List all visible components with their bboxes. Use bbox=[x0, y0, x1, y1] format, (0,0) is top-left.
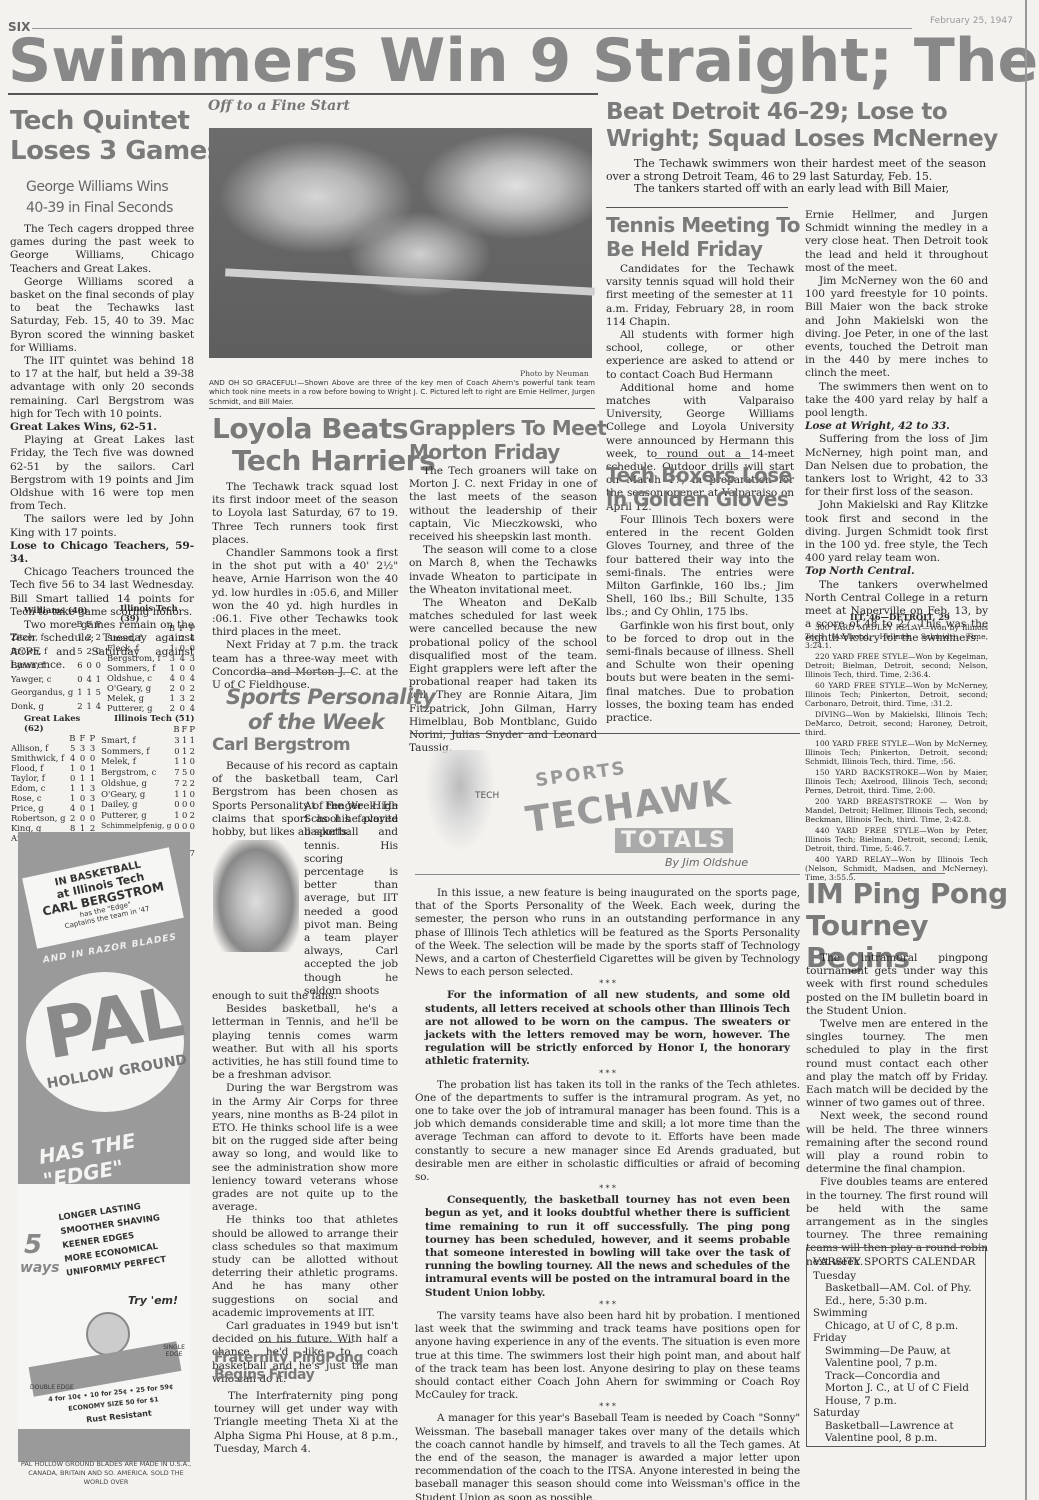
swimming-body: Ernie Hellmer, and Jurgen Schmidt winnin… bbox=[805, 209, 988, 645]
column-paragraph: A manager for this year's Baseball Team … bbox=[415, 1412, 800, 1500]
frat-body: The Interfraternity ping pong tourney wi… bbox=[214, 1390, 398, 1456]
im-headline-1: IM Ping Pong bbox=[806, 878, 1008, 910]
photo-rule bbox=[209, 408, 595, 409]
basketball-headline-1: Tech Quintet bbox=[10, 106, 189, 136]
ad-rust: Rust Resistant bbox=[86, 1409, 152, 1425]
calendar-event: Basketball—AM. Col. of Phy. Ed., here, 5… bbox=[813, 1283, 979, 1308]
team-title: Illinois Tech (39) bbox=[106, 603, 196, 623]
result-line: 300 YARD MEDLEY RELAY—Won by Illinois Te… bbox=[805, 623, 988, 650]
table-row: Melek, f110 bbox=[100, 756, 196, 767]
personality-body: enough to suit the fans. Besides basketb… bbox=[212, 990, 398, 1386]
photo-credit: Photo by Neuman bbox=[520, 369, 589, 378]
personality-beside-photo: At Fenger High School he played basketba… bbox=[304, 800, 398, 998]
ad-ways-word: ways bbox=[20, 1260, 59, 1276]
table-row: Fleck, f100 bbox=[106, 643, 196, 653]
tennis-headline-2: Be Held Friday bbox=[606, 237, 763, 261]
table-row: Oldshue, g722 bbox=[100, 777, 196, 788]
column-paragraph: The varsity teams have also been hard hi… bbox=[415, 1310, 800, 1402]
track-headline-2: Tech Harriers bbox=[232, 446, 435, 476]
wrestling-headline-1: Grapplers To Meet bbox=[409, 416, 606, 440]
table-row: O'Geary, g110 bbox=[100, 788, 196, 799]
result-line: 60 YARD FREE STYLE—Won by McNerney, Illi… bbox=[805, 681, 988, 708]
ad-tagline: HAS THE "EDGE" bbox=[37, 1119, 190, 1192]
calendar-title: VARSITY SPORTS CALENDAR bbox=[813, 1256, 979, 1269]
table-row: Zitzer, f122 bbox=[10, 631, 102, 645]
result-line: 150 YARD BACKSTROKE—Won by Maier, Illino… bbox=[805, 768, 988, 795]
table-row: O'Geary, g202 bbox=[106, 683, 196, 693]
table-row: Putterer, g102 bbox=[100, 810, 196, 821]
team-title: Great Lakes (62) bbox=[10, 713, 96, 733]
table-row: Yawger, c041 bbox=[10, 672, 102, 686]
calendar-event: Basketball—Lawrence at Valentine pool, 8… bbox=[813, 1421, 979, 1446]
table-row: Sommers, f100 bbox=[106, 663, 196, 673]
column-paragraph: The probation list has taken its toll in… bbox=[415, 1079, 800, 1185]
paragraph: Chandler Sammons took a first in the sho… bbox=[212, 547, 398, 639]
page-edge bbox=[1025, 0, 1027, 1500]
ad-ways-card: 5 ways LONGER LASTING SMOOTHER SHAVING K… bbox=[18, 1184, 190, 1429]
divider bbox=[850, 873, 945, 874]
tennis-rule bbox=[606, 207, 788, 208]
table-row: Putterer, g204 bbox=[106, 703, 196, 713]
table-row: Donk, g214 bbox=[10, 699, 102, 713]
ad-footer-caption: PAL HOLLOW GROUND BLADES ARE MADE IN U.S… bbox=[16, 1460, 196, 1487]
divider bbox=[255, 672, 355, 673]
table-row: Rose, c103 bbox=[10, 793, 96, 803]
table-row: Robertson, g200 bbox=[10, 813, 96, 823]
swimmers-photo bbox=[209, 128, 592, 358]
result-line: 440 YARD FREE STYLE—Won by Peter, Illino… bbox=[805, 826, 988, 853]
track-headline-1: Loyola Beats bbox=[212, 414, 408, 444]
frat-headline-2: Begins Friday bbox=[214, 1367, 314, 1384]
banner-headline: Swimmers Win 9 Straight; Then Lose bbox=[8, 30, 1039, 92]
tennis-headline-1: Tennis Meeting To bbox=[606, 213, 800, 237]
logo-totals: TOTALS bbox=[615, 828, 733, 853]
separator: * * * bbox=[415, 1402, 800, 1412]
calendar-day: Friday bbox=[813, 1333, 979, 1346]
result-line: DIVING—Won by Makielski, Illinois Tech; … bbox=[805, 710, 988, 737]
swimming-results: 300 YARD MEDLEY RELAY—Won by Illinois Te… bbox=[805, 623, 988, 884]
result-line: 100 YARD FREE STYLE—Won by McNerney, Ill… bbox=[805, 739, 988, 766]
ad-basketball-card: IN BASKETBALL at Illinois Tech CARL BERG… bbox=[22, 847, 184, 949]
separator: * * * bbox=[415, 1300, 800, 1310]
techawk-totals-logo: TECH SPORTS TECHAWK TOTALS By Jim Oldshu… bbox=[415, 750, 800, 875]
paragraph: The Techawk track squad lost its first i… bbox=[212, 481, 398, 547]
table-row: Smart, f311 bbox=[100, 734, 196, 745]
basketball-subhead-2: 40-39 in Final Seconds bbox=[26, 198, 173, 218]
side-letters: TECH bbox=[475, 790, 483, 802]
table-row: Smithwick, f400 bbox=[10, 753, 96, 763]
frat-headline-1: Fraternity PingPong bbox=[214, 1350, 363, 1367]
column-paragraph: In this issue, a new feature is being in… bbox=[415, 887, 800, 979]
bergstrom-headshot bbox=[213, 840, 299, 952]
box-score-williams: Williams (40) BFP Zitzer, f122 Brown, f5… bbox=[10, 603, 196, 713]
ad-ways-list: LONGER LASTING SMOOTHER SHAVING KEENER E… bbox=[58, 1197, 167, 1280]
paragraph: The Tech groaners will take on Morton J.… bbox=[409, 465, 597, 544]
table-row: Flood, f101 bbox=[10, 763, 96, 773]
basketball-headline-2: Loses 3 Games bbox=[10, 136, 222, 166]
paragraph: The IIT quintet was behind 18 to 17 at t… bbox=[10, 355, 194, 421]
ad-double-edge: DOUBLE EDGE bbox=[30, 1384, 74, 1391]
boxing-headline-1: Tech Boxers Lose bbox=[606, 463, 792, 487]
ad-ways-number: 5 bbox=[24, 1230, 42, 1260]
ad-single-edge: SINGLE EDGE bbox=[158, 1344, 190, 1358]
divider bbox=[655, 458, 750, 459]
paragraph: The Tech cagers dropped three games duri… bbox=[10, 223, 194, 276]
table-row: Schimmelpfenig, g000 bbox=[100, 820, 196, 831]
calendar-day: Saturday bbox=[813, 1408, 979, 1421]
table-row: Georgandus, g115 bbox=[10, 686, 102, 700]
calendar-event: Chicago, at U of C, 8 p.m. bbox=[813, 1321, 979, 1334]
subhead: Lose to Chicago Teachers, 59-34. bbox=[10, 540, 194, 566]
personality-headline-2: of the Week bbox=[248, 710, 384, 734]
swimming-lead: The Techawk swimmers won their hardest m… bbox=[606, 158, 986, 196]
basketball-subhead-1: George Williams Wins bbox=[26, 177, 168, 197]
table-row: Byron, f600 bbox=[10, 658, 102, 672]
table-row: Price, g401 bbox=[10, 803, 96, 813]
separator: * * * bbox=[415, 1184, 800, 1194]
paragraph: The sailors were led by John King with 1… bbox=[10, 513, 194, 539]
subhead: Great Lakes Wins, 62-51. bbox=[10, 421, 194, 434]
table-row: Oldshue, c404 bbox=[106, 673, 196, 683]
paragraph: Playing at Great Lakes last Friday, the … bbox=[10, 434, 194, 513]
photo-caption: AND OH SO GRACEFUL!—Shown Above are thre… bbox=[209, 378, 595, 406]
separator: * * * bbox=[415, 1069, 800, 1079]
column-body: In this issue, a new feature is being in… bbox=[415, 887, 800, 1500]
divider bbox=[258, 1342, 353, 1343]
table-row: Smart, f124 bbox=[106, 633, 196, 643]
results-title: IIT, 46—DETROIT, 29 bbox=[850, 612, 950, 622]
table-row: Allison, f533 bbox=[10, 743, 96, 753]
track-body: The Techawk track squad lost its first i… bbox=[212, 481, 398, 692]
calendar-day: Tuesday bbox=[813, 1271, 979, 1284]
wrestling-headline-2: Morton Friday bbox=[409, 440, 560, 464]
section-rule bbox=[410, 733, 800, 734]
calendar-event: Track—Concordia and Morton J. C., at U o… bbox=[813, 1371, 979, 1409]
paragraph: The season will come to a close on March… bbox=[409, 544, 597, 597]
varsity-sports-calendar: VARSITY SPORTS CALENDAR Tuesday Basketba… bbox=[806, 1247, 986, 1447]
calendar-day: Swimming bbox=[813, 1308, 979, 1321]
team-title: Illinois Tech (51) bbox=[100, 713, 196, 724]
table-row: Taylor, f011 bbox=[10, 773, 96, 783]
column-byline: By Jim Oldshue bbox=[665, 856, 748, 869]
pal-razor-ad: IN BASKETBALL at Illinois Tech CARL BERG… bbox=[18, 832, 190, 1462]
banner-rule bbox=[8, 93, 598, 95]
table-row: Bergstrom, f343 bbox=[106, 653, 196, 663]
column-paragraph: Consequently, the basketball tourney has… bbox=[415, 1194, 800, 1300]
im-body: The intramural pingpong tournament gets … bbox=[806, 952, 988, 1269]
personality-name: Carl Bergstrom bbox=[212, 735, 350, 755]
separator: * * * bbox=[415, 979, 800, 989]
table-row: Sommers, f012 bbox=[100, 745, 196, 756]
boxing-headline-2: In Golden Gloves bbox=[606, 487, 788, 511]
boxing-body: Four Illinois Tech boxers were entered i… bbox=[606, 514, 794, 725]
personality-headline-1: Sports Personality bbox=[226, 685, 435, 709]
swimming-headline-2: Wright; Squad Loses McNerney bbox=[606, 125, 998, 153]
calendar-event: Swimming—De Pauw, at Valentine pool, 7 p… bbox=[813, 1346, 979, 1371]
team-title: Williams (40) bbox=[10, 603, 102, 617]
box-score-williams-right: Illinois Tech (39) BFP Smart, f124 Fleck… bbox=[106, 603, 196, 713]
paragraph: George Williams scored a basket on the f… bbox=[10, 276, 194, 355]
table-row: Melek, g132 bbox=[106, 693, 196, 703]
table-row: Dailey, g000 bbox=[100, 799, 196, 810]
table-row: Bergstrom, c750 bbox=[100, 767, 196, 778]
box-score-williams-left: Williams (40) BFP Zitzer, f122 Brown, f5… bbox=[10, 603, 102, 713]
figure-illustration bbox=[415, 750, 505, 870]
table-row: Brown, f520 bbox=[10, 644, 102, 658]
paragraph: The Wheaton and DeKalb matches scheduled… bbox=[409, 597, 597, 755]
photo-kicker: Off to a Fine Start bbox=[208, 98, 350, 114]
result-line: 220 YARD FREE STYLE—Won by Kegelman, Det… bbox=[805, 652, 988, 679]
logo-sports: SPORTS bbox=[534, 758, 628, 792]
swimming-headline-1: Beat Detroit 46–29; Lose to bbox=[606, 98, 947, 126]
wrestling-body: The Tech groaners will take on Morton J.… bbox=[409, 465, 597, 755]
issue-date: February 25, 1947 bbox=[930, 16, 1013, 26]
ad-try-text: Try 'em! bbox=[128, 1294, 178, 1307]
table-row: Edom, c113 bbox=[10, 783, 96, 793]
result-line: 200 YARD BREASTSTROKE — Won by Mandel, D… bbox=[805, 797, 988, 824]
column-paragraph: For the information of all new students,… bbox=[415, 989, 800, 1068]
